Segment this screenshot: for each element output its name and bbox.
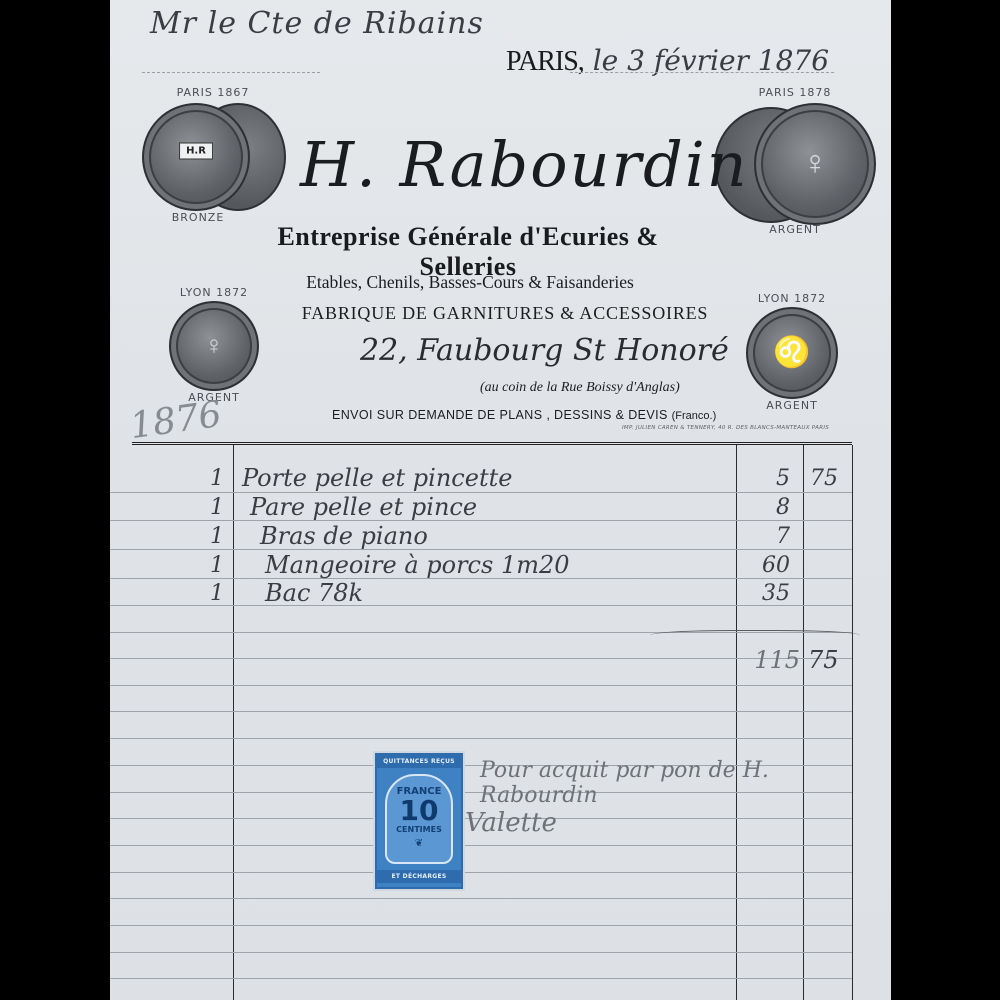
- item-qty: 1: [194, 524, 224, 549]
- table-top-rule: [132, 442, 852, 445]
- item-qty: 1: [194, 581, 224, 606]
- firm-name: H. Rabourdin: [300, 128, 749, 201]
- printer-imprint: IMP. JULIEN CAREN & TENNERY, 40 R. DES B…: [622, 425, 829, 431]
- item-qty: 1: [194, 553, 224, 578]
- item-description: Pare pelle et pince: [250, 493, 477, 521]
- item-description: Porte pelle et pincette: [242, 464, 512, 492]
- envoi-text: ENVOI SUR DEMANDE DE PLANS , DESSINS & D…: [332, 408, 668, 422]
- envoi-notice: ENVOI SUR DEMANDE DE PLANS , DESSINS & D…: [332, 408, 716, 422]
- lion-icon: ♌: [773, 338, 810, 368]
- ruled-line: [110, 685, 852, 686]
- addressee: Mr le Cte de Ribains: [150, 6, 484, 41]
- street-corner: (au coin de la Rue Boissy d'Anglas): [480, 380, 680, 396]
- stamp-value: 10: [387, 797, 451, 825]
- centimes-column-divider: [852, 445, 853, 1000]
- addressee-underline: [142, 72, 320, 73]
- invoice-page: Mr le Cte de Ribains PARIS, le 3 février…: [110, 0, 891, 1000]
- envoi-suffix: (Franco.): [672, 410, 717, 422]
- ruled-line: [110, 925, 852, 926]
- line-item-row: 1 Bras de piano 7: [110, 524, 852, 552]
- item-qty: 1: [194, 495, 224, 520]
- ruled-line: [110, 872, 852, 873]
- medal-coin: H.R: [142, 103, 250, 211]
- medal-metal: ARGENT: [744, 399, 840, 412]
- line-item-row: 1 Bac 78k 35: [110, 581, 852, 609]
- line-item-row: 1 Pare pelle et pince 8: [110, 495, 852, 523]
- total-centimes: 75: [808, 646, 839, 674]
- manufacture-line: FABRIQUE DE GARNITURES & ACCESSOIRES: [270, 303, 740, 324]
- signature: Valette: [465, 808, 557, 838]
- stamp-frame: FRANCE 10 CENTIMES ❦: [385, 774, 453, 864]
- services-line: Etables, Chenils, Basses-Cours & Faisand…: [270, 272, 670, 293]
- item-amount-francs: 60: [730, 553, 790, 578]
- year-margin-note: 1876: [128, 394, 224, 447]
- medal-caption: PARIS 1878: [710, 86, 880, 99]
- ruled-line: [110, 952, 852, 953]
- total-francs: 115: [740, 646, 800, 674]
- item-amount-francs: 35: [730, 581, 790, 606]
- medal-paris-1867: PARIS 1867 H.R BRONZE: [138, 86, 288, 224]
- medal-lyon-1872-right: LYON 1872 ♌ ARGENT: [744, 292, 840, 412]
- item-amount-francs: 7: [730, 524, 790, 549]
- line-item-row: 1 Porte pelle et pincette 5 75: [110, 466, 852, 494]
- item-amount-centimes: 75: [810, 466, 838, 491]
- medal-coin: ♀: [169, 301, 259, 391]
- item-description: Mangeoire à porcs 1m20: [265, 551, 570, 579]
- item-description: Bac 78k: [265, 579, 363, 607]
- ruled-line: [110, 978, 852, 979]
- medal-metal: ARGENT: [710, 223, 880, 236]
- item-description: Bras de piano: [260, 522, 428, 550]
- medal-coin: ♀: [754, 103, 876, 225]
- ruled-line: [110, 738, 852, 739]
- ruled-line: [110, 711, 852, 712]
- stamp-ornament-icon: ❦: [387, 838, 451, 849]
- receipt-note: Pour acquit par pon de H. Rabourdin: [480, 758, 891, 808]
- allegorical-figure-icon: ♀: [802, 147, 828, 181]
- medal-monogram: H.R: [179, 142, 213, 159]
- medal-coin: ♌: [746, 307, 838, 399]
- medal-caption: LYON 1872: [168, 286, 260, 299]
- ruled-line: [110, 845, 852, 846]
- item-qty: 1: [194, 466, 224, 491]
- medal-caption: LYON 1872: [744, 292, 840, 305]
- street-address: 22, Faubourg St Honoré: [360, 333, 729, 368]
- ruled-line: [110, 898, 852, 899]
- medal-lyon-1872-left: LYON 1872 ♀ ARGENT: [168, 286, 260, 404]
- revenue-stamp: QUITTANCES REÇUS FRANCE 10 CENTIMES ❦ ET…: [375, 753, 463, 889]
- stamp-unit: CENTIMES: [387, 825, 451, 834]
- stamp-bottom-band: ET DÉCHARGES: [377, 870, 461, 883]
- total-underline: [650, 630, 860, 643]
- line-item-row: 1 Mangeoire à porcs 1m20 60: [110, 553, 852, 581]
- item-amount-francs: 5: [730, 466, 790, 491]
- medal-caption: PARIS 1867: [138, 86, 288, 99]
- item-amount-francs: 8: [730, 495, 790, 520]
- date-underline: [570, 72, 834, 73]
- total-row: 115 75: [670, 646, 860, 676]
- allegorical-figure-icon: ♀: [204, 333, 224, 359]
- stamp-top-band: QUITTANCES REÇUS: [377, 755, 461, 768]
